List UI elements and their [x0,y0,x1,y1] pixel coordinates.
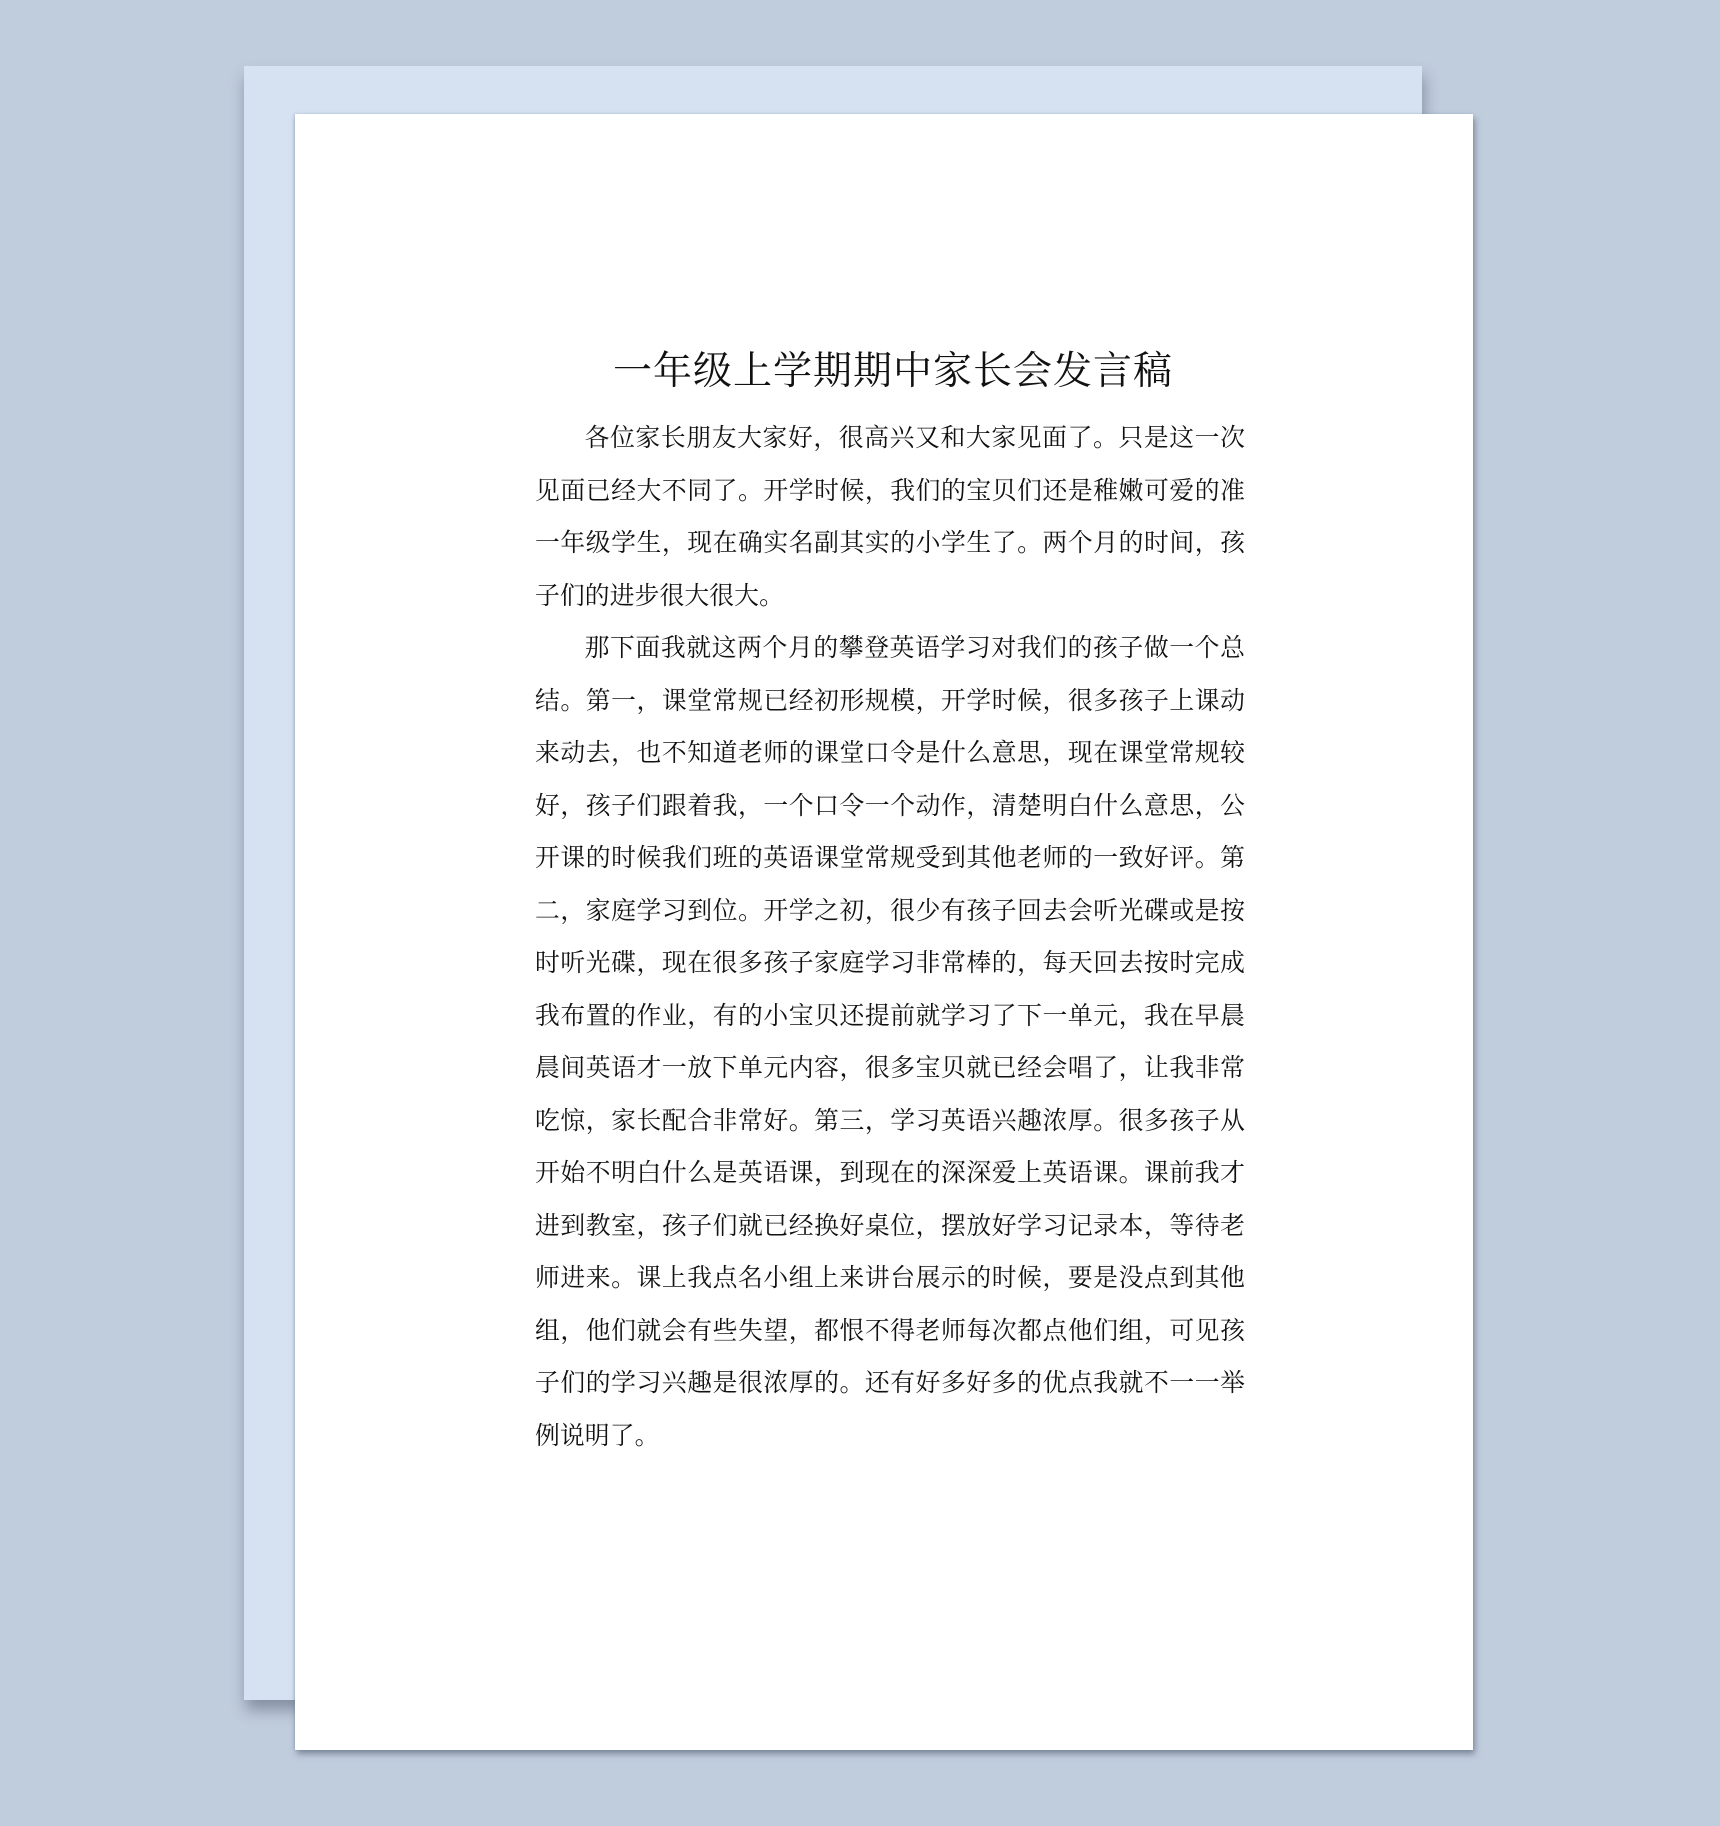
front-page-sheet: 一年级上学期期中家长会发言稿 各位家长朋友大家好，很高兴又和大家见面了。只是这一… [295,114,1473,1750]
paragraph-summary: 那下面我就这两个月的攀登英语学习对我们的孩子做一个总结。第一，课堂常规已经初形规… [535,622,1245,1462]
document-content: 一年级上学期期中家长会发言稿 各位家长朋友大家好，很高兴又和大家见面了。只是这一… [535,340,1245,1462]
paragraph-greeting: 各位家长朋友大家好，很高兴又和大家见面了。只是这一次见面已经大不同了。开学时候，… [535,412,1245,622]
document-title: 一年级上学期期中家长会发言稿 [535,340,1245,404]
